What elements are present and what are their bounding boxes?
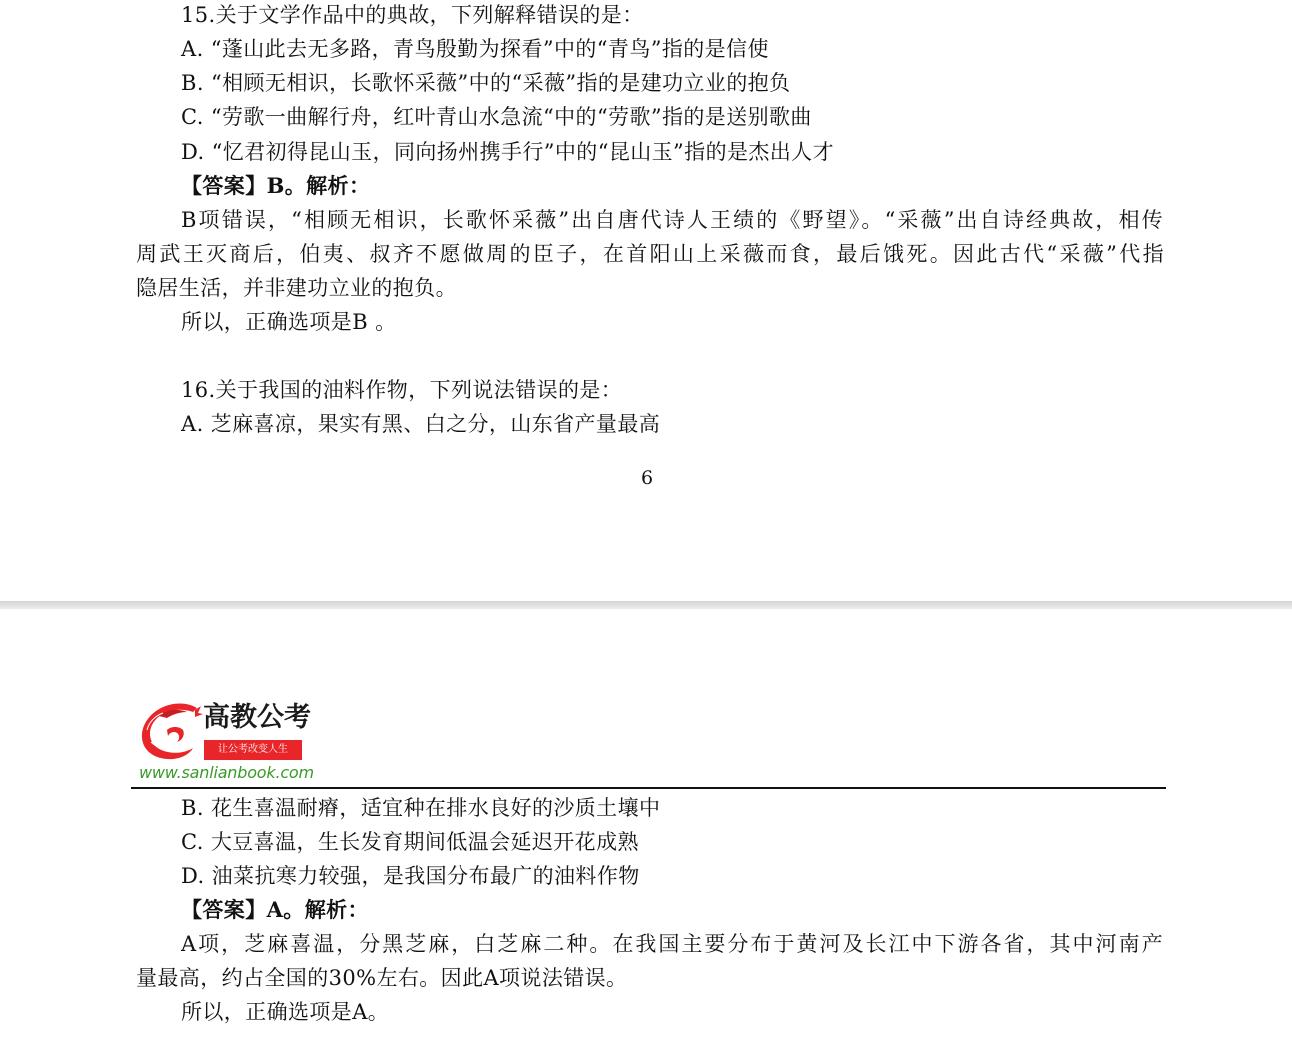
question-16-explanation-line-1: A项，芝麻喜温，分黑芝麻，白芝麻二种。在我国主要分布于黄河及长江中下游各省，其中… bbox=[181, 930, 1163, 958]
question-15-stem: 15.关于文学作品中的典故，下列解释错误的是： bbox=[181, 1, 644, 29]
brand-url: www.sanlianbook.com bbox=[139, 762, 314, 784]
question-16-option-d: D. 油菜抗寒力较强，是我国分布最广的油料作物 bbox=[181, 862, 640, 890]
brand-logo: 高教公考 让公考改变人生 www.sanlianbook.com bbox=[137, 700, 317, 786]
question-16-answer-heading: 【答案】A。解析： bbox=[181, 896, 369, 924]
brand-name: 高教公考 bbox=[203, 700, 311, 736]
brand-slogan: 让公考改变人生 bbox=[204, 740, 302, 760]
question-15-option-b: B. “相顾无相识，长歌怀采薇”中的“采薇”指的是建功立业的抱负 bbox=[181, 69, 791, 97]
page-separator bbox=[0, 601, 1292, 609]
header-divider bbox=[131, 787, 1166, 789]
question-15-answer-heading: 【答案】B。解析： bbox=[181, 172, 370, 200]
page-number: 6 bbox=[641, 466, 653, 490]
question-16-option-b: B. 花生喜温耐瘠，适宜种在排水良好的沙质土壤中 bbox=[181, 794, 660, 822]
question-15-option-d: D. “忆君初得昆山玉，同向扬州携手行”中的“昆山玉”指的是杰出人才 bbox=[181, 138, 834, 166]
question-16-option-a: A. 芝麻喜凉，果实有黑、白之分，山东省产量最高 bbox=[181, 410, 660, 438]
document-page-6: 15.关于文学作品中的典故，下列解释错误的是： A. “蓬山此去无多路，青鸟殷勤… bbox=[0, 0, 1292, 601]
question-16-option-c: C. 大豆喜温，生长发育期间低温会延迟开花成熟 bbox=[181, 828, 639, 856]
question-15-conclusion: 所以，正确选项是B 。 bbox=[181, 308, 397, 336]
question-15-option-a: A. “蓬山此去无多路，青鸟殷勤为探看”中的“青鸟”指的是信使 bbox=[181, 35, 769, 63]
question-16-explanation-line-2: 量最高，约占全国的30%左右。因此A项说法错误。 bbox=[136, 964, 627, 992]
question-15-explanation-line-1: B项错误，“相顾无相识，长歌怀采薇”出自唐代诗人王绩的《野望》。“采薇”出自诗经… bbox=[181, 206, 1163, 234]
question-16-conclusion: 所以，正确选项是A。 bbox=[181, 998, 389, 1026]
question-15-option-c: C. “劳歌一曲解行舟，红叶青山水急流“中的“劳歌”指的是送别歌曲 bbox=[181, 103, 812, 131]
question-16-stem: 16.关于我国的油料作物，下列说法错误的是： bbox=[181, 376, 622, 404]
dragon-logo-icon bbox=[137, 700, 203, 762]
question-15-explanation-line-2: 周武王灭商后，伯夷、叔齐不愿做周的臣子，在首阳山上采薇而食，最后饿死。因此古代“… bbox=[136, 240, 1164, 268]
question-15-explanation-line-3: 隐居生活，并非建功立业的抱负。 bbox=[136, 274, 457, 302]
